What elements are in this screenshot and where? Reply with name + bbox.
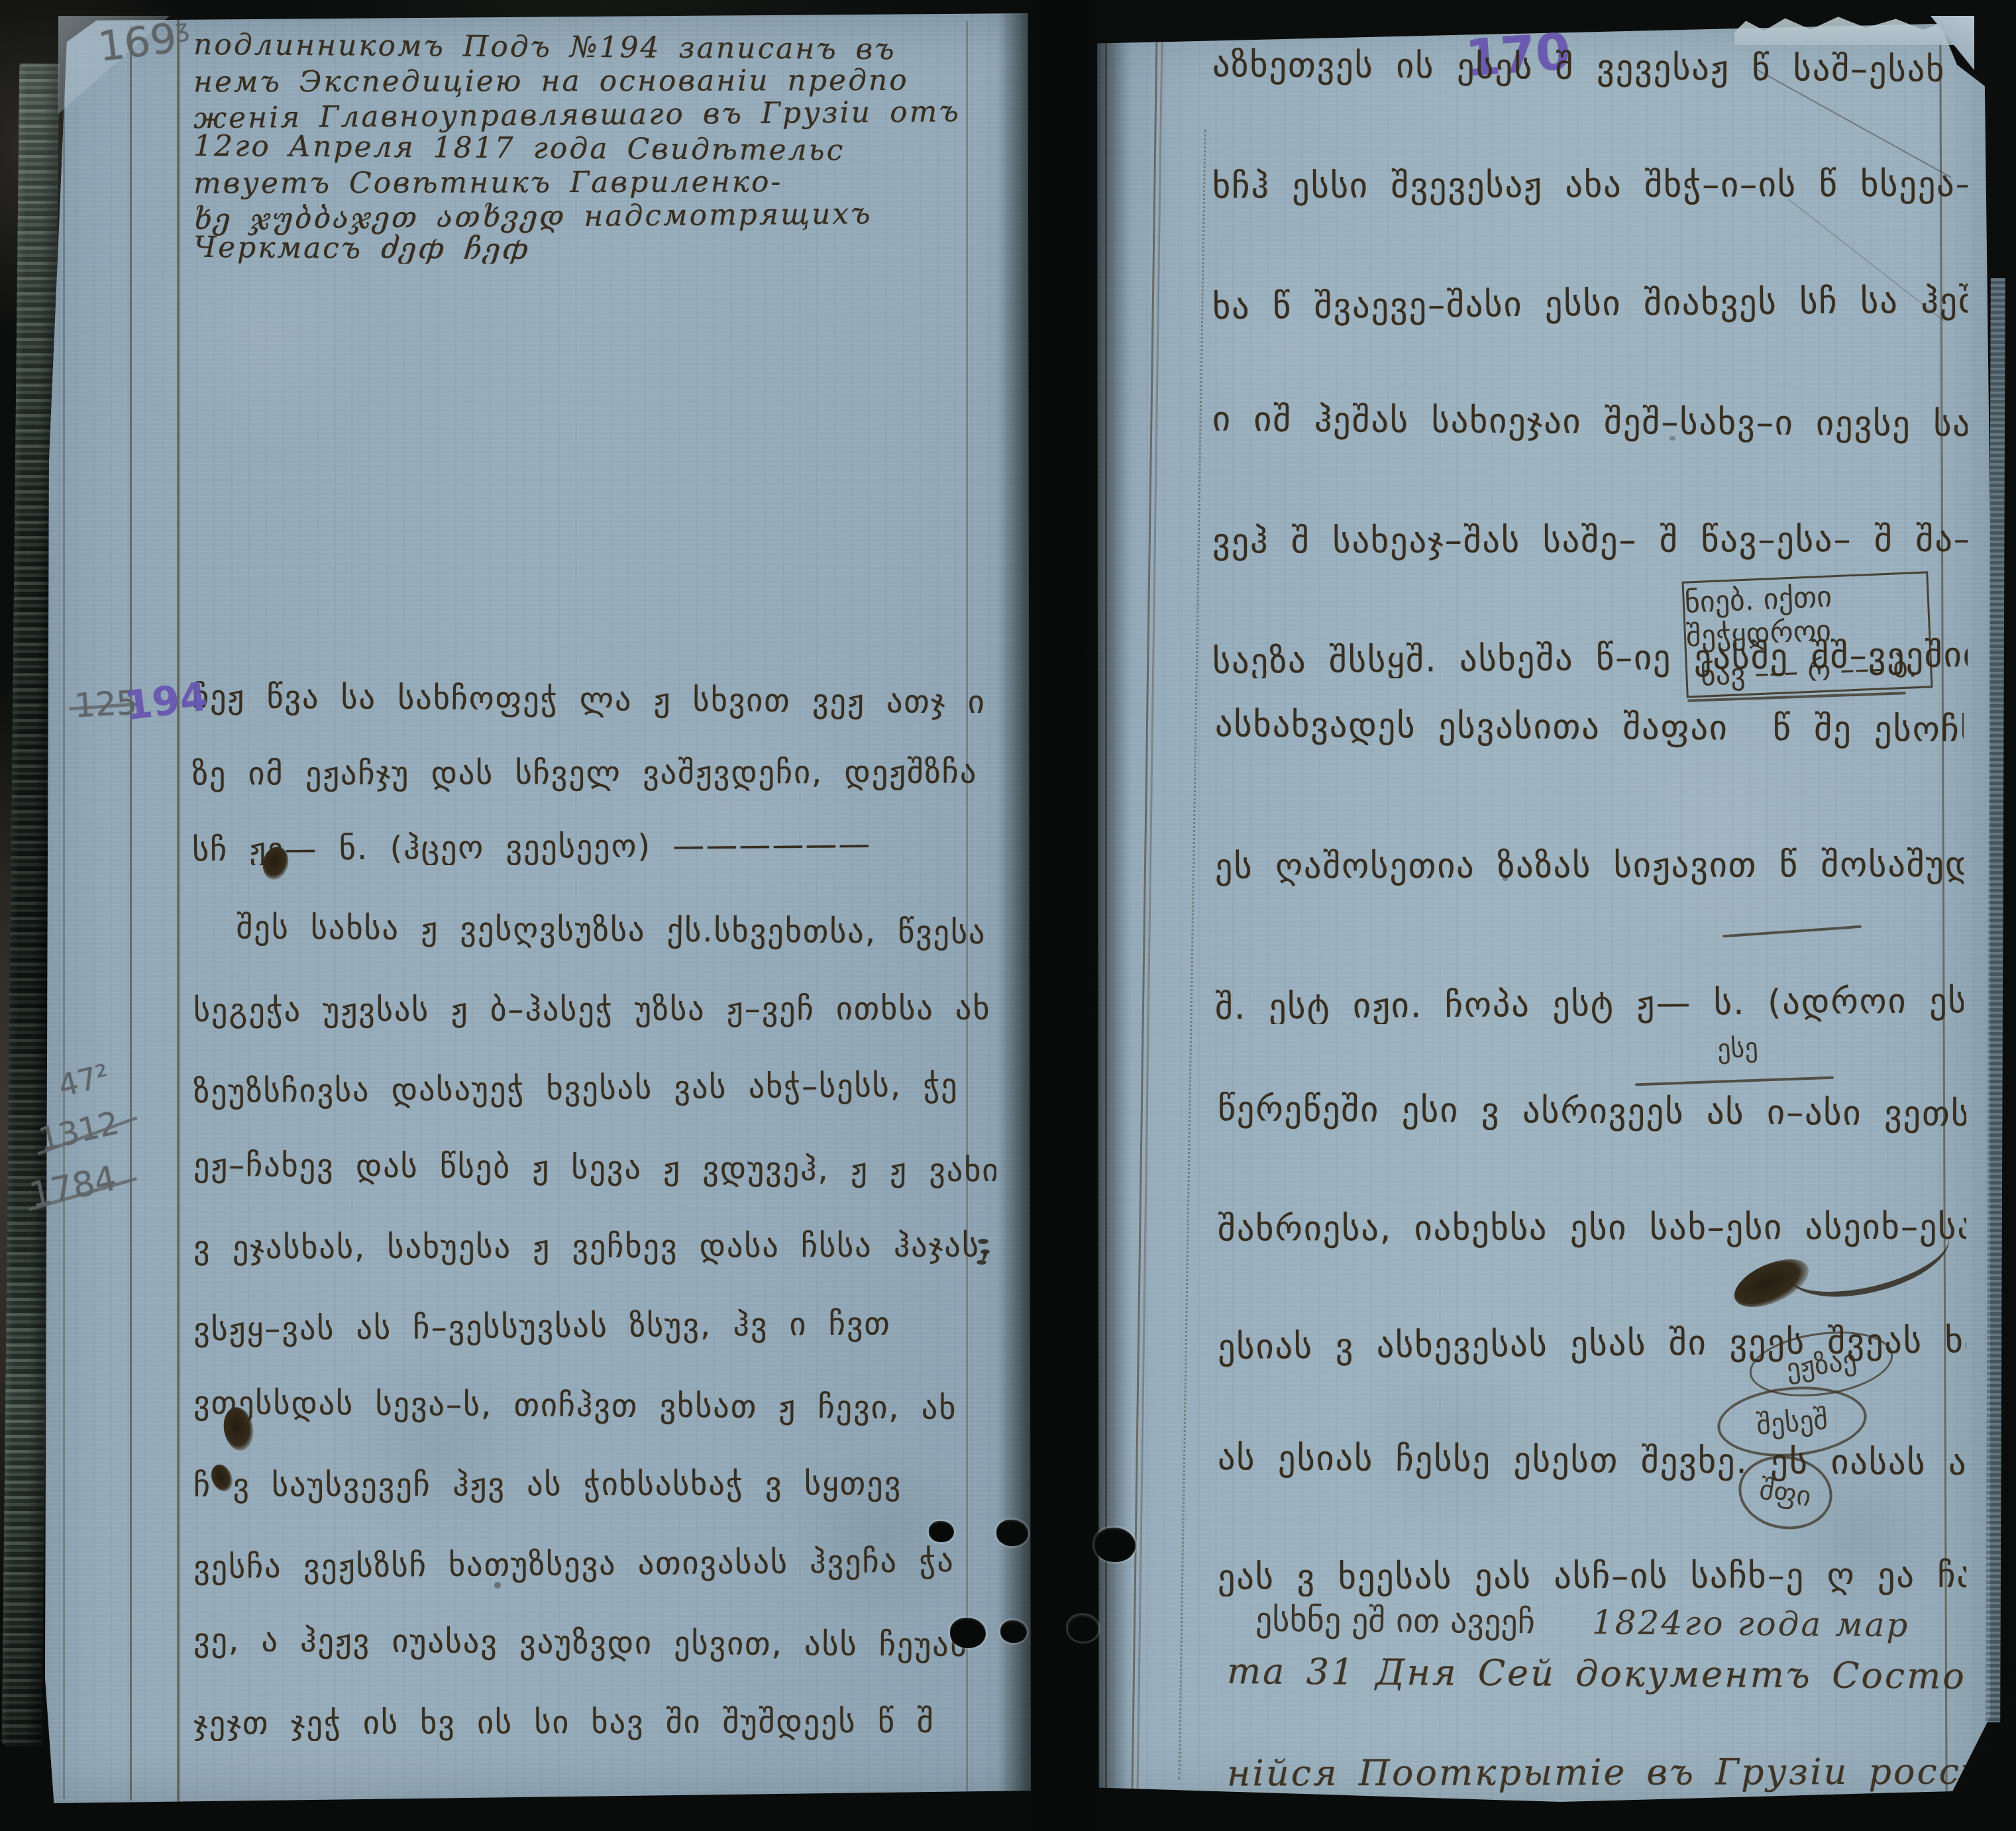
- handwritten-line: Черкмасъ ძეჶ ჩეჶ: [193, 231, 982, 264]
- handwritten-line: შ. ესტ იჟი. ჩოპა ესტ ჟ— ს. (ადროი ესწიას…: [1215, 981, 1964, 1024]
- handwritten-line: нійся Пооткрытіе въ Грузіи россій: [1227, 1751, 1966, 1793]
- handwritten-line: ვეჰ შ სახეაჯ–შას საშე– შ წავ–ესა– შ შა–ს…: [1212, 519, 1968, 561]
- georgian-body-block: შეს სახსა ჟ ვესღვსუზსა ქს.სხვეხთსა, წვეს…: [193, 912, 996, 1741]
- binding-hole: [929, 1521, 954, 1542]
- handwritten-line: ვესჩა ვეჟსზსჩ ხათუზსევა ათივასას ჰვეჩა ჭ…: [193, 1542, 996, 1586]
- margin-rule-dashdot: [1178, 130, 1208, 1779]
- folio-number: 169: [95, 13, 179, 71]
- parenthetical-underline: [1635, 1076, 1834, 1086]
- speck: [1670, 436, 1675, 441]
- ink-speck: [981, 1249, 990, 1254]
- handwritten-line: აზხეთვეს ის ესეს შ ვევესაჟ წ საშ–ესახ ჩე…: [1212, 48, 1968, 90]
- speck: [1503, 876, 1508, 881]
- binding-hole: [950, 1618, 986, 1648]
- handwritten-line: подлинникомъ Подъ №194 записанъ въ: [193, 30, 982, 67]
- binding-hole: [996, 1520, 1028, 1546]
- handwritten-line: ი იშ ჰეშას სახიეჯაი შეშ–სახვ–ი იევსე საშ…: [1212, 399, 1968, 445]
- handwritten-line: ხჩჰ ესსი შვევესაჟ ახა შხჭ–ი–ის წ ხსეეა– …: [1212, 165, 1968, 207]
- margin-rule-outer: [63, 64, 65, 1799]
- handwritten-line: ხე ჯუბბაჯეთ ათხვედ надсмотрящихъ: [193, 196, 982, 236]
- ink-speck: [978, 1239, 988, 1244]
- handwritten-line: та 31 Дня Сей документъ Состоявс—: [1227, 1653, 1966, 1697]
- date-line-georgian: ესხნე ეშ ით ავეეჩ: [1255, 1600, 1535, 1642]
- handwritten-line: ას ესიას ჩესსე ესესთ შევხე. ეს იასას ახა…: [1218, 1438, 1966, 1483]
- speck: [494, 1582, 501, 1589]
- handwritten-line: ზე იმ ეჟაჩჯუ დას სჩველ ვაშჟვდეჩი, დეჟშზჩ…: [192, 753, 995, 792]
- handwritten-line: ზეუზსჩივსა დასაუეჭ ხვესას ვას ახჭ–სესს, …: [193, 1067, 996, 1111]
- right-page: 170 აზხეთვეს ის ესეს შ ვევესაჟ წ საშ–ესა…: [1094, 24, 1990, 1802]
- handwritten-line: ხა წ შვაევე–შასი ესსი შიახვეს სჩ სა ჰეშს…: [1212, 281, 1968, 327]
- boxed-marginal-note: ნიებ. იქთი შეჭყდროი ნავ ––– რ ––– ბ.: [1681, 571, 1933, 698]
- margin-rule-gutter-2: [1131, 34, 1157, 1791]
- handwritten-line: შეს სახსა ჟ ვესღვსუზსა ქს.სხვეხთსა, წვეს…: [193, 912, 996, 951]
- left-page: подлинникомъ Подъ №194 записанъ вънемъ Э…: [41, 13, 1031, 1803]
- interlinear-note: ესე: [1717, 1032, 1759, 1065]
- handwritten-line: ვ ეჯასხას, სახუესა ჟ ვეჩხევ დასა ჩსსა ჰა…: [193, 1228, 996, 1267]
- georgian-section-block: ჩეჟ წვა სა სახჩოფეჭ ლა ჟ სხვით ვეჟ ათჯ ი…: [192, 681, 995, 865]
- date-line: ესხნე ეშ ით ავეეჩ 1824го года мар: [1255, 1600, 1910, 1645]
- handwritten-line: немъ Экспедиціею на основаніи предпо: [193, 63, 982, 99]
- binding-hole: [1094, 1528, 1136, 1562]
- handwritten-line: ჯეჯთ ჯეჭ ის ხვ ის სი ხავ ში შუშდეეს წ შ: [193, 1702, 996, 1741]
- binding-hole: [1000, 1620, 1027, 1643]
- handwritten-line: ეას ვ ხეესას ეას ასჩ–ის საჩხ–ე ღ ეა ჩაე: [1218, 1556, 1966, 1596]
- handwritten-line: 12го Апреля 1817 года Свидѣтельс: [193, 129, 982, 168]
- russian-footer-block: та 31 Дня Сей документъ Состоявс—нійся П…: [1227, 1653, 1966, 1793]
- handwritten-line: ეს ღაშოსეთია ზაზას სიჟავით წ შოსაშუდავეს…: [1215, 845, 1964, 887]
- handwritten-line: ვსჟყ–ვას ას ჩ–ვესსუვსას ზსუვ, ჰვ ი ჩვთ: [193, 1304, 996, 1349]
- handwritten-line: женія Главноуправлявшаго въ Грузіи отъ: [193, 95, 982, 135]
- boxed-note-line: ნიებ. იქთი შეჭყდროი: [1684, 576, 1929, 654]
- date-line-russian: 1824го года мар: [1546, 1603, 1910, 1645]
- handwritten-line: ვე, ა ჰეჟვ იუასავ ვაუზვდი ესვით, ასს ჩეუ…: [193, 1622, 996, 1664]
- handwritten-line: სეგეჭა უჟვსას ჟ ბ–ჰასეჭ უზსა ჟ–ვეჩ ითხსა…: [193, 990, 996, 1029]
- russian-header-block: подлинникомъ Подъ №194 записанъ вънемъ Э…: [193, 30, 982, 264]
- margin-rule-text: [177, 20, 180, 1802]
- handwritten-line: ვთესსდას სევა–ს, თიჩჰვთ ვხსათ ჟ ჩევი, ახ: [193, 1384, 996, 1426]
- margin-rule-middle: [130, 26, 132, 1801]
- handwritten-line: ეჟ–ჩახევ დას წსებ ჟ სევა ჟ ვდუვეჰ, ჟ ჟ ვ…: [193, 1147, 996, 1189]
- ink-speck: [977, 1260, 986, 1265]
- binding-hole: [1068, 1615, 1098, 1642]
- manuscript-photo-scene: подлинникомъ Подъ №194 записанъ вънемъ Э…: [0, 0, 2016, 1831]
- handwritten-line: წერეწეში ესი ვ ასრივეეს ას ი–ასი ვეთსი ვ…: [1218, 1092, 1966, 1134]
- handwritten-line: ჩეჟ წვა სა სახჩოფეჭ ლა ჟ სხვით ვეჟ ათჯ ი…: [192, 681, 995, 721]
- handwritten-line: твуетъ Совѣтникъ Гавриленко-: [193, 164, 982, 200]
- handwritten-line: სჩ ჟე— ნ. (ჰცეო ვეესეეო) ——————: [192, 825, 995, 865]
- handwritten-line: ჩ ვ საუსვევეჩ ჰჟვ ას ჭიხსასხაჭ ვ სყთევ: [193, 1465, 996, 1504]
- handwritten-line: ასხახვადეს ესვასითა შაფაი წ შე ესოჩსს ხვ…: [1215, 707, 1964, 750]
- georgian-body-middle: ასხახვადეს ესვასითა შაფაი წ შე ესოჩსს ხვ…: [1215, 707, 1964, 1024]
- boxed-note-line: ნავ ––– რ ––– ბ.: [1700, 650, 1918, 693]
